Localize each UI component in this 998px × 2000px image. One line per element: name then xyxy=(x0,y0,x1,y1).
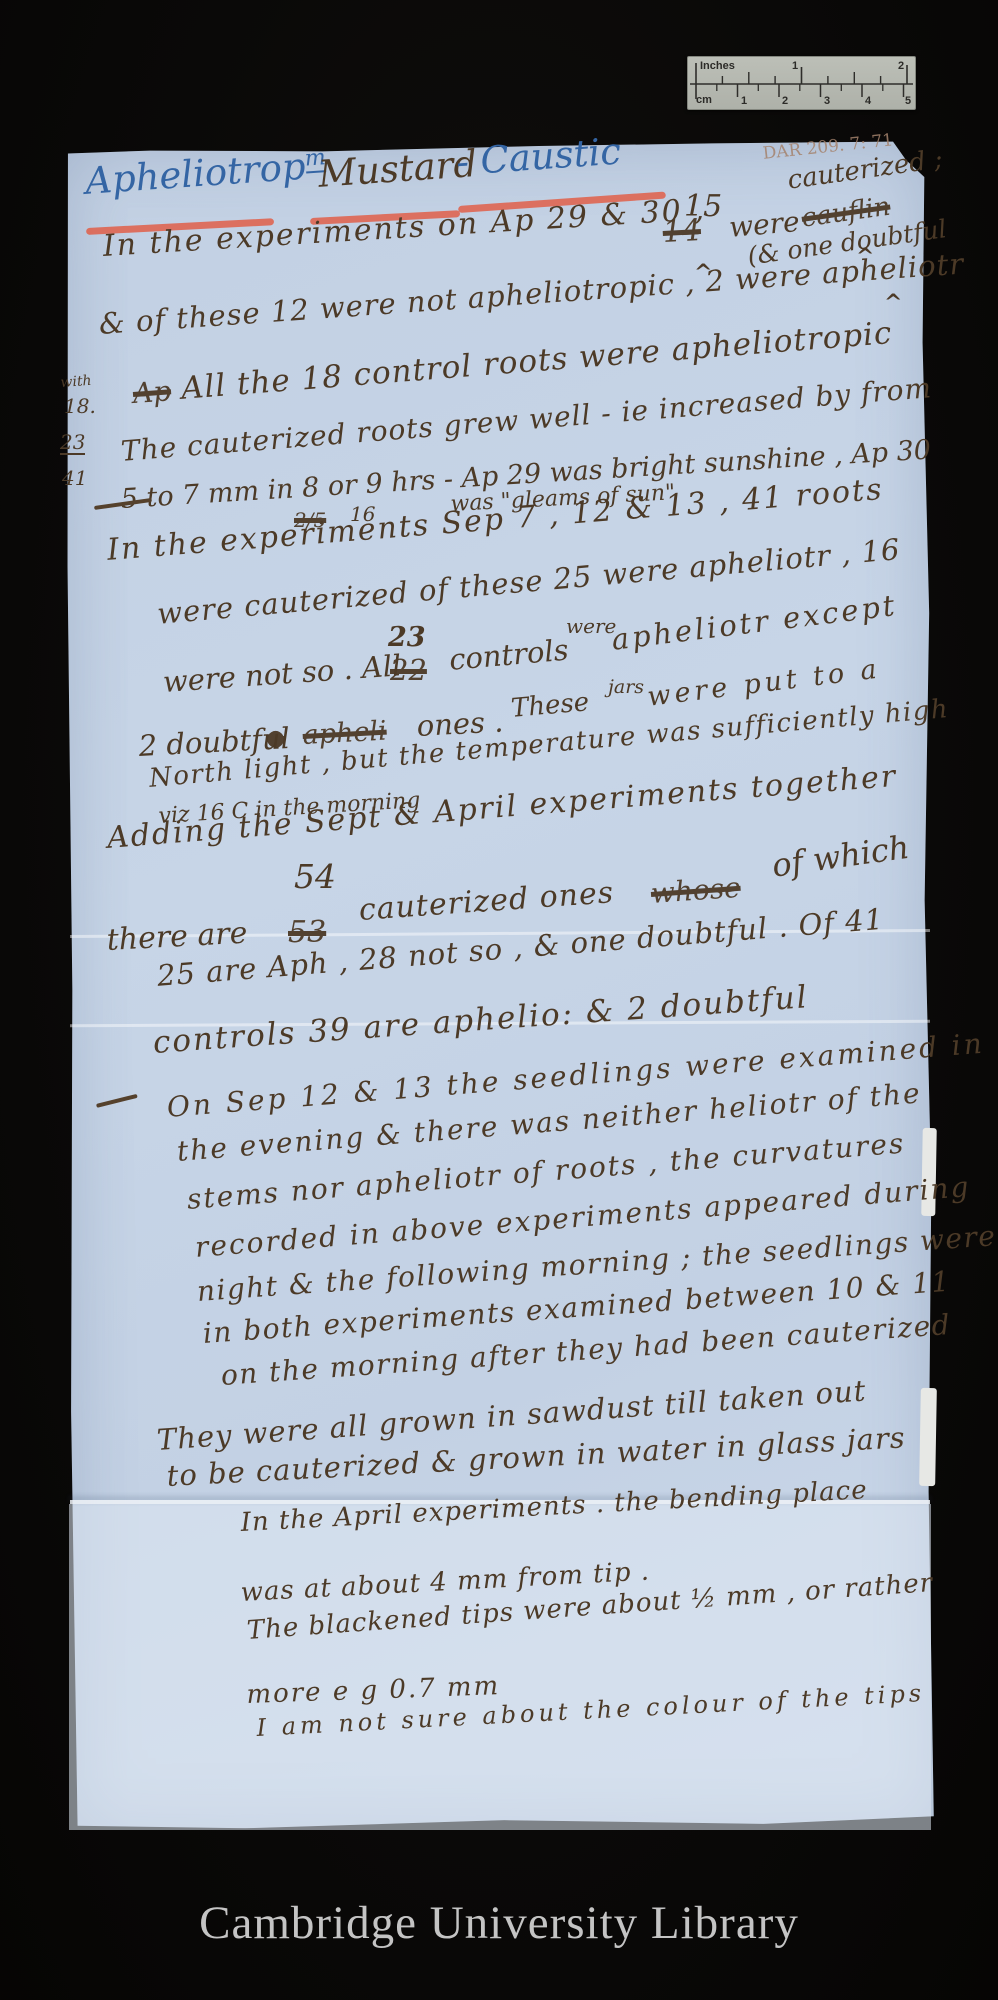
page-title-part2: Mustard xyxy=(317,145,478,193)
page-title-part3: - Caustic xyxy=(455,132,622,180)
deleted-word: whose xyxy=(650,874,742,908)
underlying-sheet-tab xyxy=(919,1388,937,1486)
deleted-word: 53 xyxy=(288,918,326,948)
inserted-word: 54 xyxy=(294,860,336,893)
margin-number: 41 xyxy=(62,468,87,488)
ruler-cm-number: 2 xyxy=(782,95,788,107)
deleted-word: Ap xyxy=(132,377,172,408)
ruler-cm-number: 1 xyxy=(741,95,747,107)
margin-note: with xyxy=(60,374,92,390)
library-caption: Cambridge University Library xyxy=(0,1896,998,1950)
deleted-word: 22 xyxy=(390,656,427,685)
margin-number: 18. xyxy=(64,396,96,416)
ruler-cm-label: cm xyxy=(696,94,712,106)
inserted-word: jars xyxy=(608,678,644,697)
ruler-inch-number: 2 xyxy=(898,60,904,72)
inserted-word: 23 xyxy=(388,624,426,651)
inserted-word: were xyxy=(566,616,616,636)
ruler-inches-label: Inches xyxy=(700,60,735,72)
inserted-word: 15 xyxy=(684,192,722,222)
manuscript-line: there are xyxy=(106,919,248,956)
ink-blot: ● xyxy=(266,728,285,750)
attached-slip xyxy=(69,1504,931,1830)
ruler-inch-number: 1 xyxy=(792,60,798,72)
photograph-stage: Inches cm 1 2 1 2 3 4 5 Apheliotropm Mus… xyxy=(0,0,998,2000)
manuscript-line: These xyxy=(510,689,590,722)
insertion-caret: ^ xyxy=(884,292,902,314)
ruler-cm-number: 3 xyxy=(824,95,830,107)
measurement-ruler: Inches cm 1 2 1 2 3 4 5 xyxy=(687,56,916,110)
ruler-cm-number: 5 xyxy=(905,95,911,107)
margin-number: 23 xyxy=(60,432,85,455)
ruler-cm-number: 4 xyxy=(865,95,871,107)
